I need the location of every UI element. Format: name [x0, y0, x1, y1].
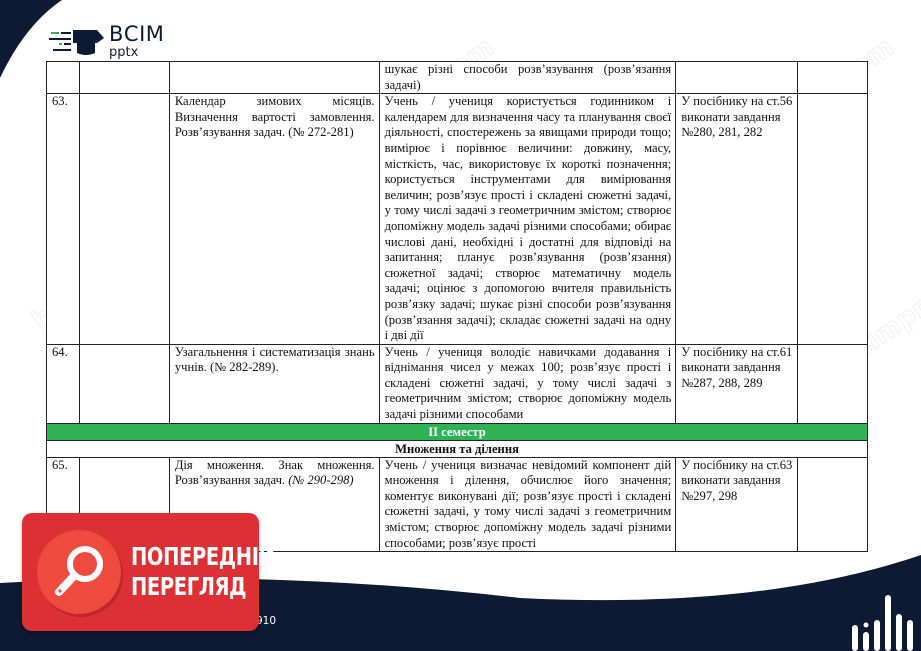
homework-line: У посібнику на ст.56 [681, 94, 793, 110]
homework-line: виконати завдання [681, 110, 793, 126]
semester-label: ІІ семестр [47, 423, 868, 440]
homework-line: №297, 298 [681, 489, 793, 505]
topic-exercises: (№ 290-298) [288, 473, 353, 487]
section-header-row: Множення та ділення [47, 440, 868, 457]
cell-number: 64. [47, 344, 80, 423]
preview-badge-button[interactable]: ПОПЕРЕДНІЙ ПЕРЕГЛЯД [22, 513, 259, 631]
brand-title: ВСІМ [109, 24, 164, 45]
homework-line: №287, 288, 289 [681, 376, 793, 392]
cell-topic: Узагальнення і систематизація знань учні… [169, 344, 379, 423]
semester-header-row: ІІ семестр [47, 423, 868, 440]
brand-logo: ВСІМ pptx [49, 24, 164, 59]
cell-date [79, 94, 169, 345]
cell-date [79, 62, 169, 94]
table-row: 63. Календар зимових місяців. Визначення… [47, 94, 868, 345]
cell-outcomes: шукає різні способи розв’язування (розв’… [379, 62, 676, 94]
cell-homework: У посібнику на ст.63 виконати завдання №… [676, 457, 798, 552]
cell-homework: У посібнику на ст.61 виконати завдання №… [676, 344, 798, 423]
cell-notes [798, 94, 868, 345]
magnifier-icon [37, 530, 121, 614]
cell-outcomes: Учень / учениця володіє навичками додава… [379, 344, 676, 423]
cell-notes [798, 344, 868, 423]
homework-line: №280, 281, 282 [681, 125, 793, 141]
preview-label-line1: ПОПЕРЕДНІЙ [131, 542, 275, 572]
cell-outcomes: Учень / учениця визначає невідомий компо… [379, 457, 676, 552]
cell-outcomes: Учень / учениця користується годинником … [379, 94, 676, 345]
cell-notes [798, 457, 868, 552]
decorative-bars-icon [848, 590, 918, 651]
homework-line: виконати завдання [681, 360, 793, 376]
table-row: 64. Узагальнення і систематизація знань … [47, 344, 868, 423]
topic-text: Календар зимових місяців. Визначення вар… [175, 94, 375, 139]
cell-homework [676, 62, 798, 94]
section-label: Множення та ділення [47, 440, 868, 457]
page-number: 910 [256, 615, 276, 627]
topic-text: Узагальнення і систематизація знань учні… [175, 345, 375, 375]
homework-line: виконати завдання [681, 473, 793, 489]
table-row-continuation: шукає різні способи розв’язування (розв’… [47, 62, 868, 94]
preview-label-line2: ПЕРЕГЛЯД [131, 572, 275, 602]
cell-number [47, 62, 80, 94]
homework-line: У посібнику на ст.61 [681, 345, 793, 361]
lesson-plan-table: шукає різні способи розв’язування (розв’… [46, 61, 868, 552]
cell-topic: Календар зимових місяців. Визначення вар… [169, 94, 379, 345]
brand-subtitle: pptx [109, 46, 164, 59]
cell-topic [169, 62, 379, 94]
graduation-cap-icon [49, 27, 105, 57]
cell-notes [798, 62, 868, 94]
cell-date [79, 344, 169, 423]
cell-homework: У посібнику на ст.56 виконати завдання №… [676, 94, 798, 345]
homework-line: У посібнику на ст.63 [681, 458, 793, 474]
cell-number: 63. [47, 94, 80, 345]
